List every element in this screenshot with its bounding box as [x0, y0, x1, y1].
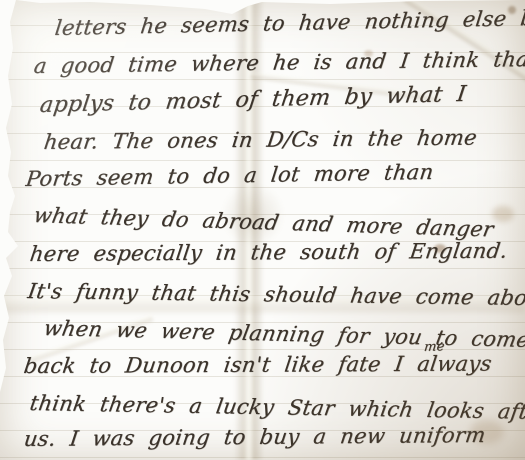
scanned-letter-photo: letters he seems to have nothing else bu… [0, 0, 525, 460]
letter-paper: letters he seems to have nothing else bu… [0, 0, 525, 460]
handwriting-line: us. I was going to buy a new uniform [22, 423, 487, 451]
handwriting-insertion: me [423, 339, 445, 355]
handwriting-line: back to Dunoon isn't like fate I always [22, 352, 493, 378]
handwriting-line: hear. The ones in D/Cs in the home [42, 125, 478, 154]
handwriting-line: here especially in the south of England. [28, 239, 509, 266]
